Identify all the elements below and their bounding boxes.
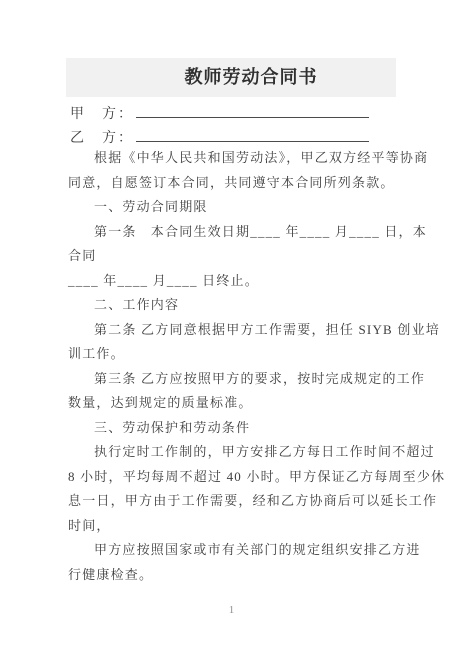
doc-line: 同意，自愿签订本合同，共同遵守本合同所列条款。 [68,171,445,196]
doc-line: 二、工作内容 [68,293,445,318]
doc-line: 第三条 乙方应按照甲方的要求，按时完成规定的工作 [68,367,445,392]
doc-line: 息一日，甲方由于工作需要，经和乙方协商后可以延长工作 [68,489,445,514]
doc-line: 甲方应按照国家或市有关部门的规定组织安排乙方进 [68,538,445,563]
doc-line: 第二条 乙方同意根据甲方工作需要，担任 SIYB 创业培 [68,318,445,343]
document-body: 根据《中华人民共和国劳动法》，甲乙双方经平等协商同意，自愿签订本合同，共同遵守本… [68,146,445,587]
doc-line: 训工作。 [68,342,445,367]
document-title: 教师劳动合同书 [66,58,396,97]
page-number: 1 [0,604,463,616]
party-b-blank-line [136,128,369,142]
doc-line: 根据《中华人民共和国劳动法》，甲乙双方经平等协商 [68,146,445,171]
doc-line: ____ 年____ 月____ 日终止。 [68,269,445,294]
party-a-row: 甲 方： [70,103,369,123]
doc-line: 合同 [68,244,445,269]
contract-document-page: 教师劳动合同书 甲 方： 乙 方： 根据《中华人民共和国劳动法》，甲乙双方经平等… [0,0,463,655]
title-band: 教师劳动合同书 [66,58,396,97]
doc-line: 第一条 本合同生效日期____ 年____ 月____ 日，本 [68,220,445,245]
doc-line: 三、劳动保护和劳动条件 [68,416,445,441]
doc-line: 一、劳动合同期限 [68,195,445,220]
party-a-label: 甲 方： [70,107,134,122]
doc-line: 数量，达到规定的质量标准。 [68,391,445,416]
doc-line: 执行定时工作制的，甲方安排乙方每日工作时间不超过 [68,440,445,465]
party-a-blank-line [136,104,369,118]
doc-line: 时间， [68,514,445,539]
doc-line: 行健康检查。 [68,563,445,588]
doc-line: 8 小时，平均每周不超过 40 小时。甲方保证乙方每周至少休 [68,465,445,490]
party-b-row: 乙 方： [70,127,369,147]
party-b-label: 乙 方： [70,131,134,146]
